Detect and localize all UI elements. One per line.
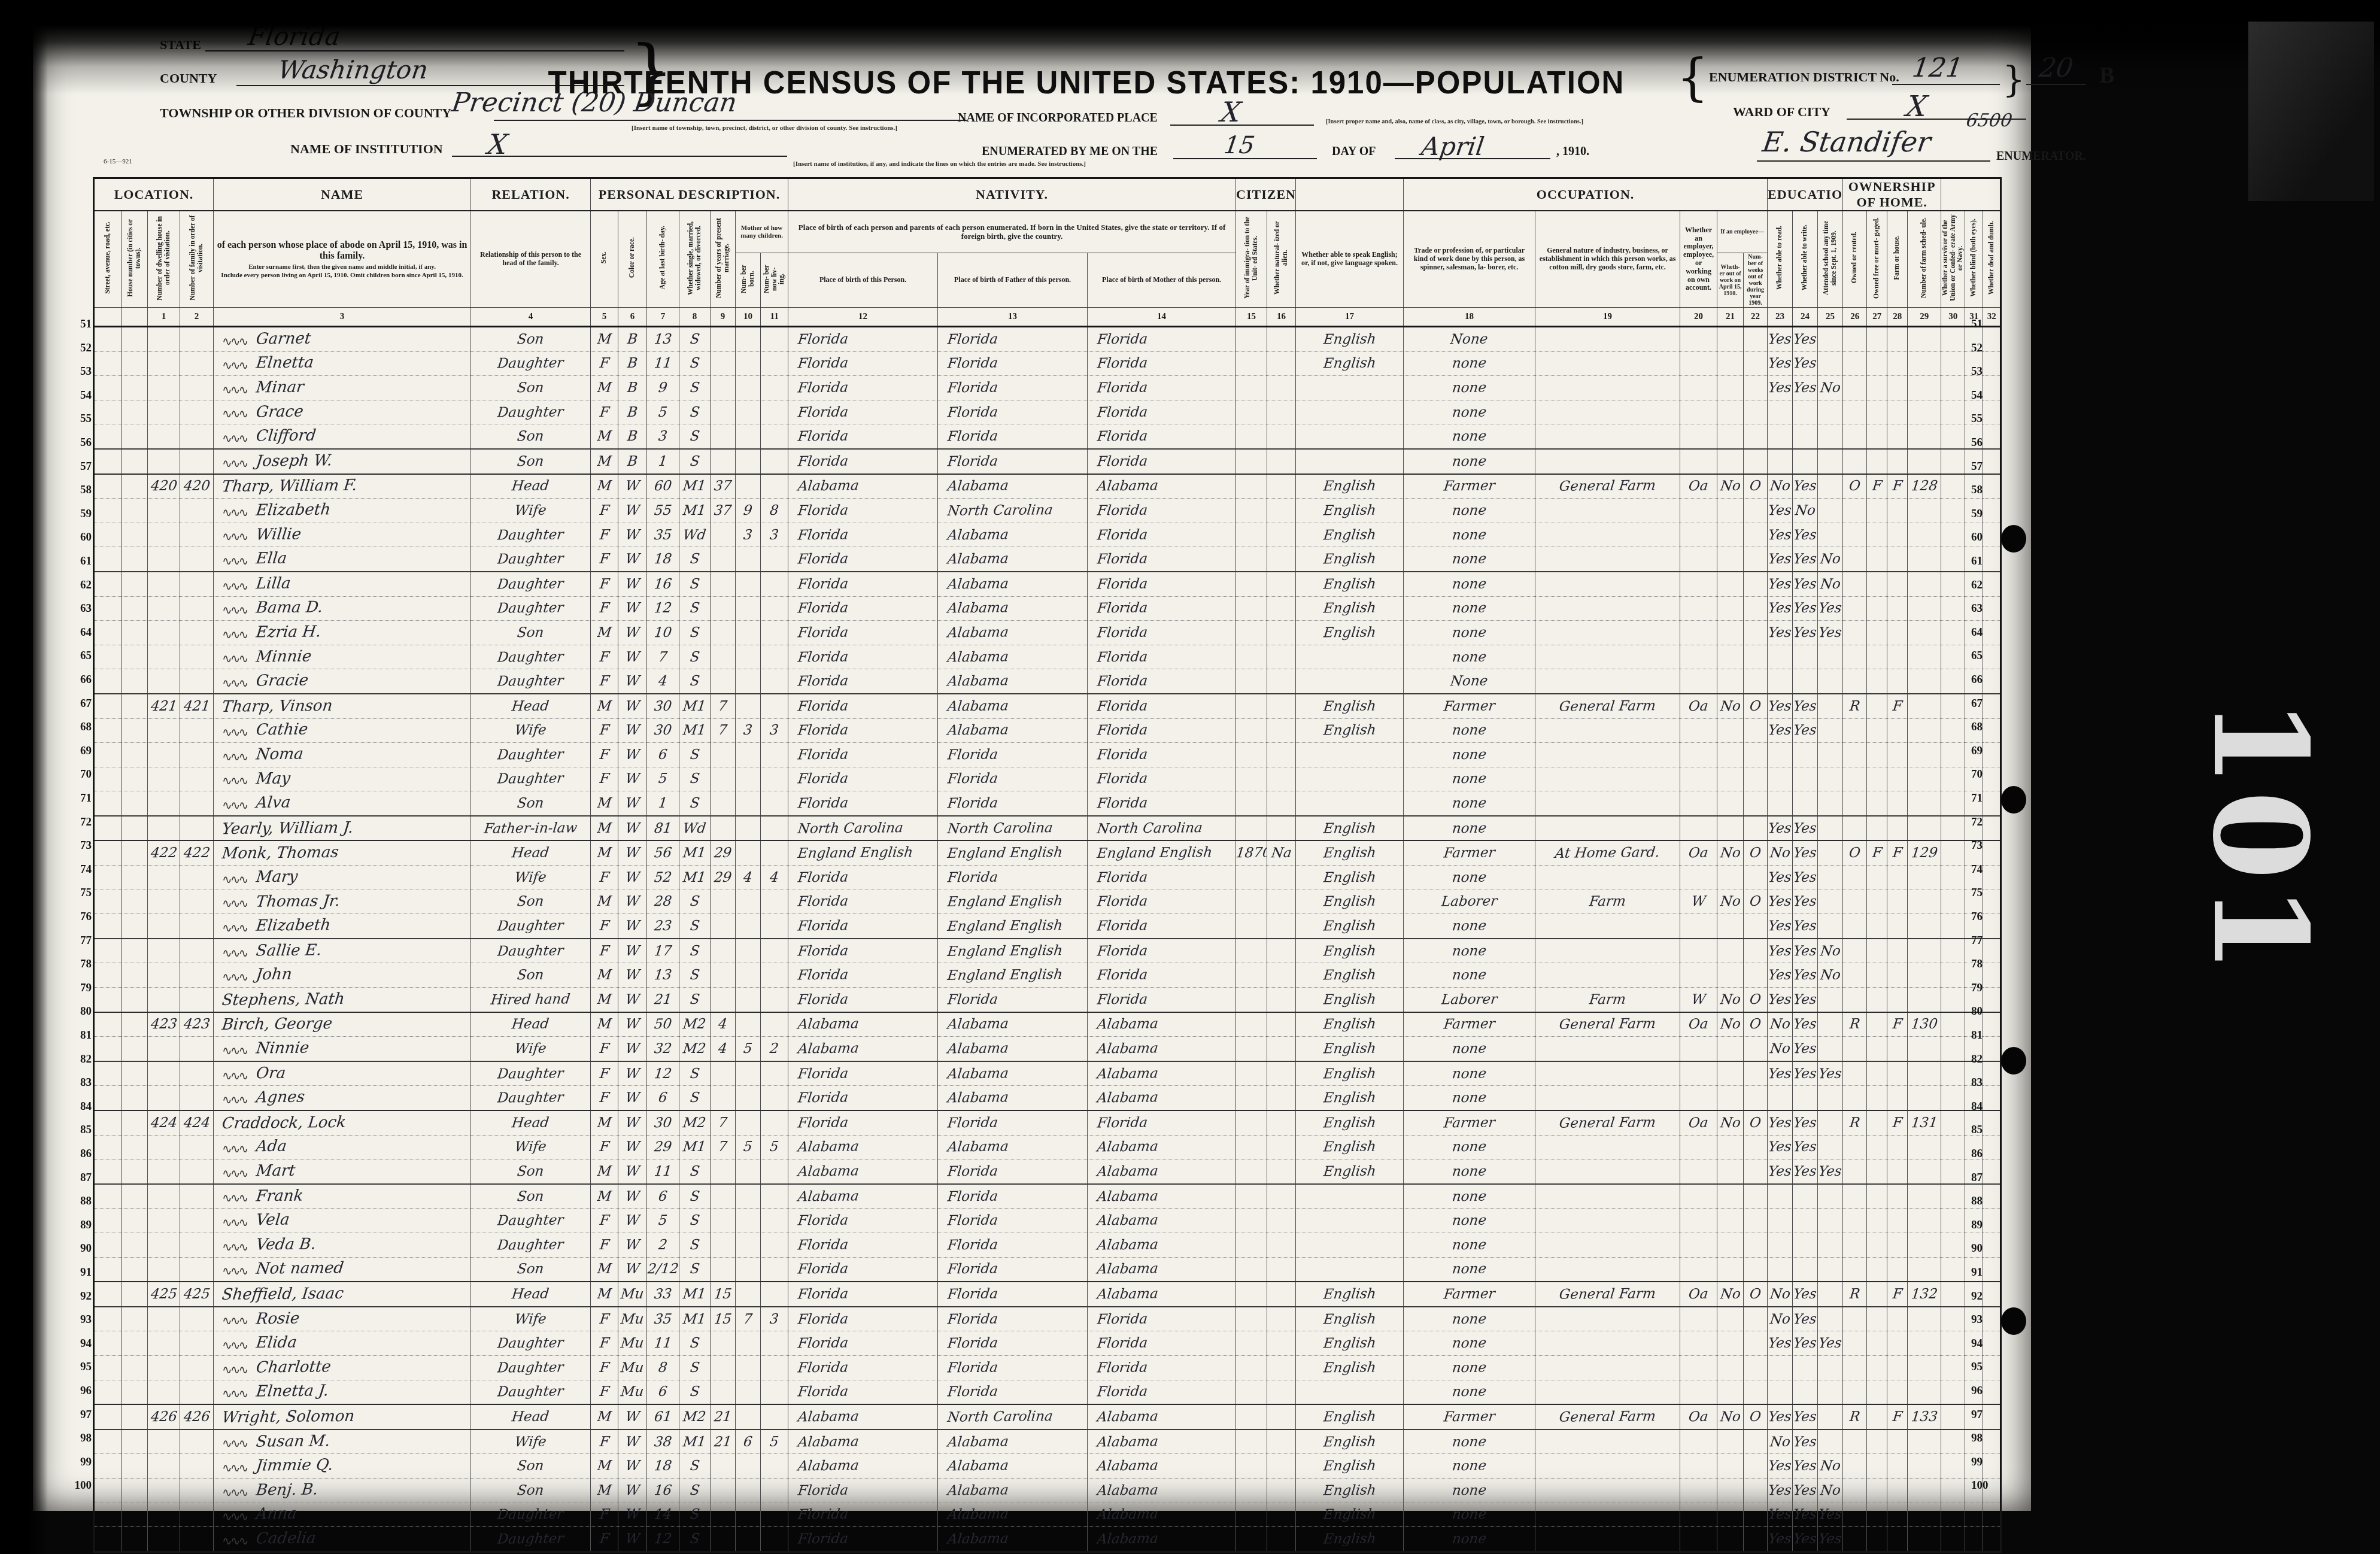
cell-o2 [1867, 1307, 1887, 1331]
cell-bm: Florida [1088, 376, 1236, 400]
cell-bp: Florida [788, 1110, 938, 1135]
col-number: 5 [591, 308, 618, 327]
cell-ow [1717, 1454, 1744, 1479]
cell-nm: ∿∿∿Veda B. [214, 1233, 471, 1257]
line-number-left: 87 [68, 1171, 92, 1185]
cell-o1 [1843, 1503, 1867, 1527]
cell-lg: English [1296, 1307, 1404, 1331]
cell-na [1267, 1355, 1296, 1380]
cell-ow [1717, 449, 1744, 474]
line-number-right: 66 [1971, 673, 2005, 687]
cell-fm [180, 791, 214, 816]
cell-in [1535, 1061, 1680, 1086]
cell-in [1535, 1527, 1680, 1552]
cell-dw [148, 767, 180, 791]
cell-mr: M1 [679, 1282, 711, 1307]
cell-wk: O [1744, 1110, 1768, 1135]
cell-ym [711, 449, 736, 474]
cell-ag: 13 [647, 963, 679, 988]
cell-bp: Florida [788, 1478, 938, 1503]
cell-cr: W [618, 963, 647, 988]
cell-rl: Son [471, 449, 591, 474]
cell-lg: English [1296, 816, 1404, 841]
cell-o1 [1843, 400, 1867, 424]
cell-wk [1744, 914, 1768, 939]
cell-oc: none [1404, 866, 1535, 890]
cell-bm: Florida [1088, 547, 1236, 572]
cell-wk [1744, 1257, 1768, 1282]
cell-nm: ∿∿∿Gracie [214, 669, 471, 694]
cell-cb [736, 914, 761, 939]
cell-lg [1296, 1257, 1404, 1282]
ditto-mark: ∿∿∿ [222, 1486, 247, 1500]
cell-sv [1941, 1012, 1965, 1037]
cell-na [1267, 743, 1296, 767]
cell-wr [1793, 1086, 1818, 1110]
table-row: 425425Sheffield, IsaacHeadMMu33M115Flori… [94, 1282, 2001, 1307]
cell-cb [736, 327, 761, 352]
cell-bf: Florida [938, 1331, 1088, 1356]
table-row: 424424Craddock, LockHeadMW30M27FloridaFl… [94, 1110, 2001, 1135]
cell-cb [736, 547, 761, 572]
cell-in [1535, 1307, 1680, 1331]
ditto-mark: ∿∿∿ [222, 1388, 247, 1401]
cell-em [1680, 376, 1717, 400]
ditto-mark: ∿∿∿ [222, 530, 247, 544]
col-label-cb: Num- ber born. [736, 253, 761, 308]
cell-lg: English [1296, 621, 1404, 645]
cell-cl [761, 1110, 788, 1135]
cell-em [1680, 669, 1717, 694]
cell-hn [122, 767, 148, 791]
cell-bp: Florida [788, 327, 938, 352]
cell-bm: Florida [1088, 1355, 1236, 1380]
cell-cb [736, 988, 761, 1012]
cell-wk [1744, 1037, 1768, 1061]
cell-sx: F [591, 1429, 618, 1454]
cell-wr: Yes [1793, 523, 1818, 547]
cell-wk [1744, 791, 1768, 816]
cell-lg [1296, 767, 1404, 791]
cell-mr: S [679, 1086, 711, 1110]
cell-na [1267, 1307, 1296, 1331]
cell-ow [1717, 1160, 1744, 1184]
table-row: 420420Tharp, William F.HeadMW60M137Alaba… [94, 474, 2001, 499]
cell-im [1236, 400, 1267, 424]
cell-wr: Yes [1793, 351, 1818, 376]
cell-fm [180, 1380, 214, 1404]
cell-sv [1941, 1282, 1965, 1307]
cell-em: Oa [1680, 694, 1717, 718]
cell-bf: England English [938, 939, 1088, 963]
table-row: ∿∿∿EllaDaughterFW18SFloridaAlabamaFlorid… [94, 547, 2001, 572]
table-row: ∿∿∿MartSonMW11SAlabamaFloridaAlabamaEngl… [94, 1160, 2001, 1184]
cell-fm [180, 1233, 214, 1257]
line-number-right: 67 [1971, 697, 2005, 711]
line-number-right: 71 [1971, 792, 2005, 805]
col-label-oc: Trade or profession of, or particular ki… [1404, 211, 1535, 308]
cell-sx: M [591, 840, 618, 865]
cell-wk [1744, 327, 1768, 352]
cell-ag: 11 [647, 351, 679, 376]
cell-na [1267, 963, 1296, 988]
cell-sv [1941, 376, 1965, 400]
line-number-right: 73 [1971, 839, 2005, 852]
line-number-left: 75 [68, 887, 92, 900]
cell-rl: Daughter [471, 1086, 591, 1110]
cell-o1 [1843, 1527, 1867, 1552]
cell-wk: O [1744, 988, 1768, 1012]
cell-sv [1941, 1429, 1965, 1454]
ditto-mark: ∿∿∿ [222, 604, 247, 617]
cell-em [1680, 1184, 1717, 1209]
line-number-left: 89 [68, 1219, 92, 1232]
cell-ag: 33 [647, 1282, 679, 1307]
cell-rd: Yes [1768, 621, 1793, 645]
table-row: ∿∿∿Jimmie Q.SonMW18SAlabamaAlabamaAlabam… [94, 1454, 2001, 1479]
cell-hn [122, 596, 148, 621]
cell-nm: ∿∿∿Ezria H. [214, 621, 471, 645]
cell-o4 [1908, 1429, 1941, 1454]
cell-st [94, 791, 122, 816]
cell-sv [1941, 939, 1965, 963]
group-header: OWNERSHIP OF HOME. [1843, 178, 1941, 211]
cell-em [1680, 1209, 1717, 1233]
line-number-right: 96 [1971, 1385, 2005, 1398]
cell-cr: W [618, 694, 647, 718]
cell-ow [1717, 424, 1744, 449]
cell-sx: F [591, 400, 618, 424]
line-number-right: 69 [1971, 745, 2005, 758]
cell-nm: ∿∿∿Charlotte [214, 1355, 471, 1380]
cell-bf: Florida [938, 1355, 1088, 1380]
cell-wr [1793, 669, 1818, 694]
cell-im [1236, 939, 1267, 963]
cell-bf: Alabama [938, 523, 1088, 547]
cell-sv [1941, 767, 1965, 791]
cell-bm: Florida [1088, 694, 1236, 718]
cell-o2 [1867, 988, 1887, 1012]
cell-cl [761, 1380, 788, 1404]
cell-rd: Yes [1768, 523, 1793, 547]
cell-hn [122, 499, 148, 523]
cell-dw [148, 621, 180, 645]
cell-ag: 52 [647, 866, 679, 890]
adjacent-page-corner [2248, 22, 2374, 201]
cell-nm: ∿∿∿Ada [214, 1135, 471, 1160]
cell-rl: Head [471, 694, 591, 718]
cell-em [1680, 1135, 1717, 1160]
col-number: 8 [679, 308, 711, 327]
cell-bp: Florida [788, 1061, 938, 1086]
cell-rd [1768, 449, 1793, 474]
cell-em [1680, 351, 1717, 376]
cell-wk [1744, 1061, 1768, 1086]
cell-bm: Florida [1088, 767, 1236, 791]
cell-st [94, 327, 122, 352]
cell-na [1267, 1110, 1296, 1135]
cell-na [1267, 1429, 1296, 1454]
cell-na [1267, 694, 1296, 718]
cell-st [94, 890, 122, 914]
cell-rl: Daughter [471, 572, 591, 596]
cell-bm: Florida [1088, 939, 1236, 963]
cell-in [1535, 1503, 1680, 1527]
cell-dw: 425 [148, 1282, 180, 1307]
cell-ym [711, 376, 736, 400]
cell-bm: Alabama [1088, 1012, 1236, 1037]
cell-sc [1818, 1184, 1843, 1209]
ditto-mark: ∿∿∿ [222, 408, 247, 421]
cell-o4 [1908, 718, 1941, 743]
cell-cb [736, 376, 761, 400]
cell-cb [736, 572, 761, 596]
cell-ow: No [1717, 1110, 1744, 1135]
cell-o4 [1908, 1527, 1941, 1552]
cell-im [1236, 791, 1267, 816]
cell-ag: 23 [647, 914, 679, 939]
cell-nm: Tharp, William F. [214, 474, 471, 499]
cell-bp: Florida [788, 523, 938, 547]
table-row: ∿∿∿MaryWifeFW52M12944FloridaFloridaFlori… [94, 866, 2001, 890]
township-label: TOWNSHIP OR OTHER DIVISION OF COUNTY [160, 105, 451, 121]
table-row: ∿∿∿LillaDaughterFW16SFloridaAlabamaFlori… [94, 572, 2001, 596]
cell-oc: none [1404, 1061, 1535, 1086]
cell-sv [1941, 1257, 1965, 1282]
cell-sv [1941, 1503, 1965, 1527]
line-number-right: 57 [1971, 460, 2005, 474]
line-number-left: 53 [68, 365, 92, 378]
cell-ow [1717, 1061, 1744, 1086]
cell-im [1236, 449, 1267, 474]
cell-na [1267, 988, 1296, 1012]
cell-fm [180, 1257, 214, 1282]
cell-sc [1818, 1135, 1843, 1160]
cell-bp: Florida [788, 1380, 938, 1404]
cell-cr: W [618, 890, 647, 914]
cell-cl [761, 1527, 788, 1552]
table-row: ∿∿∿Bama D.DaughterFW12SFloridaAlabamaFlo… [94, 596, 2001, 621]
cell-o1: O [1843, 474, 1867, 499]
cell-nm: ∿∿∿Agnes [214, 1086, 471, 1110]
col-label-o3: Farm or house. [1887, 211, 1908, 308]
cell-sc [1818, 1086, 1843, 1110]
cell-dw [148, 743, 180, 767]
cell-sx: F [591, 1209, 618, 1233]
cell-em [1680, 791, 1717, 816]
group-header: EDUCATION. [1768, 178, 1843, 211]
cell-o1 [1843, 1380, 1867, 1404]
cell-sv [1941, 743, 1965, 767]
ditto-mark: ∿∿∿ [222, 1192, 247, 1205]
cell-sv [1941, 1037, 1965, 1061]
col-label-wk: Num- ber of weeks out of work during yea… [1744, 253, 1768, 308]
cell-in [1535, 718, 1680, 743]
cell-o3 [1887, 1135, 1908, 1160]
cell-cb [736, 449, 761, 474]
cell-ym [711, 1233, 736, 1257]
cell-ag: 16 [647, 572, 679, 596]
cell-ow [1717, 1257, 1744, 1282]
cell-mr: S [679, 424, 711, 449]
cell-bp: Florida [788, 866, 938, 890]
cell-o1 [1843, 499, 1867, 523]
cell-cr: W [618, 988, 647, 1012]
cell-o4 [1908, 1086, 1941, 1110]
cell-mr: M1 [679, 840, 711, 865]
cell-im [1236, 1184, 1267, 1209]
cell-dw [148, 1061, 180, 1086]
district-label: ENUMERATION DISTRICT No. [1709, 69, 1899, 85]
cell-sx: M [591, 1454, 618, 1479]
cell-hn [122, 1307, 148, 1331]
cell-dw [148, 939, 180, 963]
table-row: ∿∿∿NinnieWifeFW32M2452AlabamaAlabamaAlab… [94, 1037, 2001, 1061]
cell-bm: Alabama [1088, 1429, 1236, 1454]
cell-o4 [1908, 1307, 1941, 1331]
cell-cl [761, 474, 788, 499]
cell-rd: No [1768, 474, 1793, 499]
cell-sc [1818, 840, 1843, 865]
cell-bf: Florida [938, 1380, 1088, 1404]
cell-sv [1941, 449, 1965, 474]
cell-dw [148, 547, 180, 572]
cell-o2 [1867, 1429, 1887, 1454]
cell-o1 [1843, 596, 1867, 621]
cell-nm: ∿∿∿Garnet [214, 327, 471, 352]
cell-bp: North Carolina [788, 816, 938, 841]
cell-wk [1744, 1233, 1768, 1257]
district-value: 121 [1910, 53, 1965, 83]
cell-na [1267, 1086, 1296, 1110]
cell-ym [711, 400, 736, 424]
cell-oc: none [1404, 621, 1535, 645]
line-number-right: 63 [1971, 602, 2005, 615]
cell-wr [1793, 743, 1818, 767]
cell-sx: F [591, 743, 618, 767]
cell-oc: none [1404, 645, 1535, 669]
cell-sx: F [591, 914, 618, 939]
col-number: 30 [1941, 308, 1965, 327]
cell-rl: Son [471, 1478, 591, 1503]
cell-o2: F [1867, 474, 1887, 499]
cell-wk [1744, 424, 1768, 449]
cell-em [1680, 547, 1717, 572]
cell-bm: Florida [1088, 572, 1236, 596]
cell-cr: W [618, 547, 647, 572]
cell-cl [761, 547, 788, 572]
cell-st [94, 499, 122, 523]
cell-oc: none [1404, 939, 1535, 963]
cell-rl: Son [471, 791, 591, 816]
cell-sv [1941, 694, 1965, 718]
cell-bm: Florida [1088, 866, 1236, 890]
cell-bm: Alabama [1088, 1086, 1236, 1110]
table-row: ∿∿∿Benj. B.SonMW16SFloridaAlabamaAlabama… [94, 1478, 2001, 1503]
col-label-em: Whether an employer, employee, or workin… [1680, 211, 1717, 308]
cell-em: Oa [1680, 840, 1717, 865]
cell-cb: 3 [736, 718, 761, 743]
cell-lg [1296, 645, 1404, 669]
cell-cb [736, 621, 761, 645]
cell-cl [761, 351, 788, 376]
cell-lg: English [1296, 1160, 1404, 1184]
ditto-mark: ∿∿∿ [222, 726, 247, 739]
cell-sv [1941, 791, 1965, 816]
cell-na [1267, 1209, 1296, 1233]
cell-o2 [1867, 499, 1887, 523]
col-number: 7 [647, 308, 679, 327]
cell-wk [1744, 767, 1768, 791]
line-number-right: 74 [1971, 863, 2005, 876]
cell-em: Oa [1680, 1404, 1717, 1429]
cell-hn [122, 1160, 148, 1184]
cell-in: General Farm [1535, 474, 1680, 499]
line-number-left: 57 [68, 460, 92, 474]
cell-st [94, 523, 122, 547]
cell-nm: Wright, Solomon [214, 1404, 471, 1429]
line-number-right: 68 [1971, 721, 2005, 734]
cell-cl [761, 1355, 788, 1380]
cell-o2 [1867, 1331, 1887, 1356]
col-number: 25 [1818, 308, 1843, 327]
col-label-cr: Color or race. [618, 211, 647, 308]
ditto-mark: ∿∿∿ [222, 751, 247, 764]
cell-bp: Florida [788, 621, 938, 645]
cell-hn [122, 1355, 148, 1380]
cell-ym [711, 523, 736, 547]
cell-dw [148, 1037, 180, 1061]
cell-em [1680, 1037, 1717, 1061]
cell-dw [148, 424, 180, 449]
cell-fm [180, 1184, 214, 1209]
cell-em [1680, 1527, 1717, 1552]
cell-cr: W [618, 1012, 647, 1037]
cell-in [1535, 1086, 1680, 1110]
cell-lg [1296, 669, 1404, 694]
cell-na [1267, 1257, 1296, 1282]
ditto-mark: ∿∿∿ [222, 922, 247, 935]
enumerator-signature: E. Standifer [1760, 126, 1933, 158]
cell-sv [1941, 1135, 1965, 1160]
line-number-right: 97 [1971, 1409, 2005, 1422]
cell-in: At Home Gard. [1535, 840, 1680, 865]
cell-ag: 17 [647, 939, 679, 963]
cell-mr: S [679, 1355, 711, 1380]
cell-o3 [1887, 718, 1908, 743]
cell-cr: W [618, 572, 647, 596]
col-number: 28 [1887, 308, 1908, 327]
cell-sx: M [591, 816, 618, 841]
cell-bm: Alabama [1088, 1209, 1236, 1233]
cell-nm: ∿∿∿May [214, 767, 471, 791]
cell-sx: M [591, 376, 618, 400]
line-number-right: 65 [1971, 649, 2005, 663]
cell-wk [1744, 596, 1768, 621]
cell-bp: Florida [788, 400, 938, 424]
line-number-left: 62 [68, 579, 92, 592]
cell-cb [736, 645, 761, 669]
cell-hn [122, 694, 148, 718]
cell-oc: none [1404, 1454, 1535, 1479]
line-number-right: 51 [1971, 318, 2005, 331]
cell-dw [148, 1307, 180, 1331]
cell-o1 [1843, 523, 1867, 547]
cell-sc [1818, 645, 1843, 669]
line-number-left: 69 [68, 745, 92, 758]
cell-fm [180, 1061, 214, 1086]
cell-nm: ∿∿∿Anna [214, 1503, 471, 1527]
